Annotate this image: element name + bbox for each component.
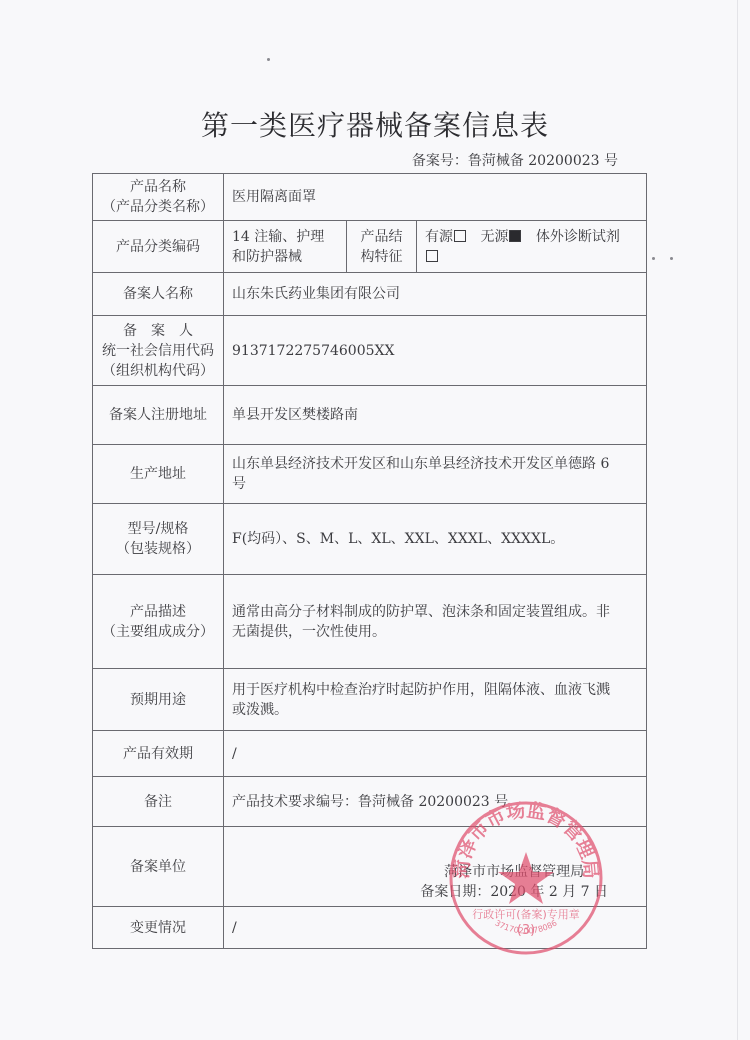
scan-speck	[670, 257, 673, 260]
checkbox-ivd-unchecked	[426, 250, 438, 262]
label-registered-address: 备案人注册地址	[93, 386, 224, 445]
value-intended-use: 用于医疗机构中检查治疗时起防护作用，阻隔体液、血液飞溅 或泼溅。	[224, 669, 647, 731]
row-product-name: 产品名称 （产品分类名称） 医用隔离面罩	[93, 174, 647, 221]
label-model-spec: 型号/规格 （包装规格）	[93, 504, 224, 575]
checkbox-active-unchecked	[454, 230, 466, 242]
value-description: 通常由高分子材料制成的防护罩、泡沫条和固定装置组成。非 无菌提供，一次性使用。	[224, 575, 647, 669]
value-changes: /	[224, 907, 647, 949]
record-number-label: 备案号：	[412, 153, 468, 169]
label-structure-feature: 产品结 构特征	[347, 221, 417, 273]
structure-options: 有源 无源 体外诊断试剂	[417, 221, 647, 273]
label-validity: 产品有效期	[93, 731, 224, 777]
scan-speck	[652, 257, 655, 260]
record-number: 备案号：鲁菏械备 20200023 号	[412, 150, 618, 170]
value-production-address: 山东单县经济技术开发区和山东单县经济技术开发区单德路 6 号	[224, 445, 647, 504]
label-registrant-name: 备案人名称	[93, 273, 224, 316]
label-filing-unit: 备案单位	[93, 827, 224, 907]
record-number-value: 鲁菏械备 20200023 号	[468, 153, 618, 169]
row-registered-address: 备案人注册地址 单县开发区樊楼路南	[93, 386, 647, 445]
checkbox-passive-checked	[509, 230, 521, 242]
option-passive: 无源	[480, 229, 525, 245]
row-changes: 变更情况 /	[93, 907, 647, 949]
label-credit-code: 备 案 人 统一社会信用代码 （组织机构代码）	[93, 316, 224, 386]
value-filing-unit: 菏泽市市场监督管理局 备案日期：2020 年 2 月 7 日	[224, 827, 647, 907]
row-production-address: 生产地址 山东单县经济技术开发区和山东单县经济技术开发区单德路 6 号	[93, 445, 647, 504]
value-registrant-name: 山东朱氏药业集团有限公司	[224, 273, 647, 316]
document-title: 第一类医疗器械备案信息表	[0, 104, 750, 144]
scan-speck	[267, 58, 270, 61]
row-registrant-name: 备案人名称 山东朱氏药业集团有限公司	[93, 273, 647, 316]
value-credit-code: 9137172275746005XX	[224, 316, 647, 386]
filing-date: 备案日期：2020 年 2 月 7 日	[420, 882, 608, 902]
option-active: 有源	[425, 229, 470, 245]
paper-edge-line	[737, 0, 738, 1040]
row-model-spec: 型号/规格 （包装规格） F(均码）、S、M、L、XL、XXL、XXXL、XXX…	[93, 504, 647, 575]
row-description: 产品描述 （主要组成成分） 通常由高分子材料制成的防护罩、泡沫条和固定装置组成。…	[93, 575, 647, 669]
row-credit-code: 备 案 人 统一社会信用代码 （组织机构代码） 9137172275746005…	[93, 316, 647, 386]
label-classification-code: 产品分类编码	[93, 221, 224, 273]
label-intended-use: 预期用途	[93, 669, 224, 731]
label-remarks: 备注	[93, 777, 224, 827]
row-validity: 产品有效期 /	[93, 731, 647, 777]
value-model-spec: F(均码）、S、M、L、XL、XXL、XXXL、XXXXL。	[224, 504, 647, 575]
value-validity: /	[224, 731, 647, 777]
filing-authority: 菏泽市市场监督管理局	[420, 862, 608, 882]
row-remarks: 备注 产品技术要求编号：鲁菏械备 20200023 号	[93, 777, 647, 827]
label-production-address: 生产地址	[93, 445, 224, 504]
row-intended-use: 预期用途 用于医疗机构中检查治疗时起防护作用，阻隔体液、血液飞溅 或泼溅。	[93, 669, 647, 731]
value-classification-code: 14 注输、护理 和防护器械	[224, 221, 347, 273]
label-product-name: 产品名称 （产品分类名称）	[93, 174, 224, 221]
value-product-name: 医用隔离面罩	[224, 174, 647, 221]
filing-info-table: 产品名称 （产品分类名称） 医用隔离面罩 产品分类编码 14 注输、护理 和防护…	[92, 173, 647, 949]
value-registered-address: 单县开发区樊楼路南	[224, 386, 647, 445]
label-description: 产品描述 （主要组成成分）	[93, 575, 224, 669]
label-changes: 变更情况	[93, 907, 224, 949]
filing-authority-block: 菏泽市市场监督管理局 备案日期：2020 年 2 月 7 日	[420, 862, 608, 902]
row-filing-unit: 备案单位 菏泽市市场监督管理局 备案日期：2020 年 2 月 7 日	[93, 827, 647, 907]
value-remarks: 产品技术要求编号：鲁菏械备 20200023 号	[224, 777, 647, 827]
row-classification-code: 产品分类编码 14 注输、护理 和防护器械 产品结 构特征 有源 无源 体外诊断…	[93, 221, 647, 273]
